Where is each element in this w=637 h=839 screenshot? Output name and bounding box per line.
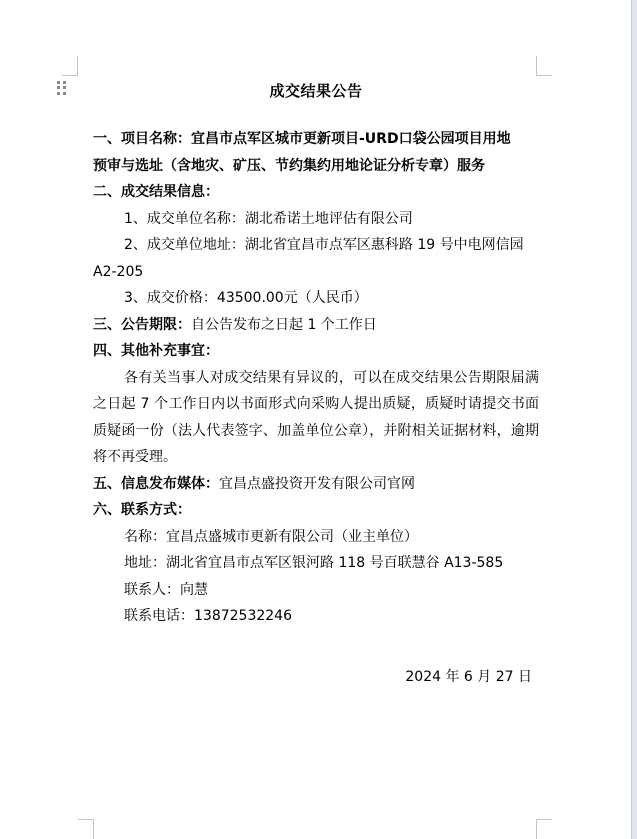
document-page: 成交结果公告 一、项目名称：宜昌市点军区城市更新项目-URD口袋公园项目用地 预… (0, 0, 632, 839)
section-4-paragraph: 各有关当事人对成交结果有异议的，可以在成交结果公告期限届满之日起 7 个工作日内… (93, 365, 539, 471)
deal-unit-name: 1、成交单位名称：湖北希诺土地评估有限公司 (93, 206, 539, 233)
section-4-heading: 四、其他补充事宜： (93, 338, 539, 365)
deal-unit-address: 2、成交单位地址：湖北省宜昌市点军区惠科路 19 号中电网信园 (93, 232, 539, 259)
section-3-heading: 三、公告期限： (93, 317, 191, 333)
margin-corner-bottom-left (78, 819, 94, 839)
document-body: 一、项目名称：宜昌市点军区城市更新项目-URD口袋公园项目用地 预审与选址（含地… (93, 126, 539, 630)
vertical-scrollbar[interactable] (631, 0, 637, 839)
section-1-heading: 一、项目名称：宜昌市点军区城市更新项目-URD口袋公园项目用地 (93, 126, 539, 153)
contact-address: 地址：湖北省宜昌市点军区银河路 118 号百联慧谷 A13-585 (93, 550, 539, 577)
margin-corner-top-left (62, 56, 78, 76)
section-3: 三、公告期限：自公告发布之日起 1 个工作日 (93, 312, 539, 339)
section-5-heading: 五、信息发布媒体： (93, 476, 219, 492)
deal-price: 3、成交价格：43500.00元（人民币） (93, 285, 539, 312)
section-5: 五、信息发布媒体：宜昌点盛投资开发有限公司官网 (93, 471, 539, 498)
margin-corner-top-right (536, 56, 552, 76)
announcement-period: 自公告发布之日起 1 个工作日 (191, 317, 377, 333)
contact-phone: 联系电话：13872532246 (93, 603, 539, 630)
section-2-heading: 二、成交结果信息： (93, 179, 539, 206)
deal-unit-address-cont: A2-205 (93, 259, 539, 286)
section-1-heading-cont: 预审与选址（含地灾、矿压、节约集约用地论证分析专章）服务 (93, 153, 539, 180)
margin-corner-bottom-right (536, 819, 552, 839)
section-6-heading: 六、联系方式： (93, 497, 539, 524)
publishing-media: 宜昌点盛投资开发有限公司官网 (219, 476, 415, 492)
announcement-date: 2024 年 6 月 27 日 (405, 665, 532, 689)
document-title: 成交结果公告 (0, 80, 632, 101)
contact-name: 名称：宜昌点盛城市更新有限公司（业主单位） (93, 524, 539, 551)
contact-person: 联系人：向慧 (93, 577, 539, 604)
